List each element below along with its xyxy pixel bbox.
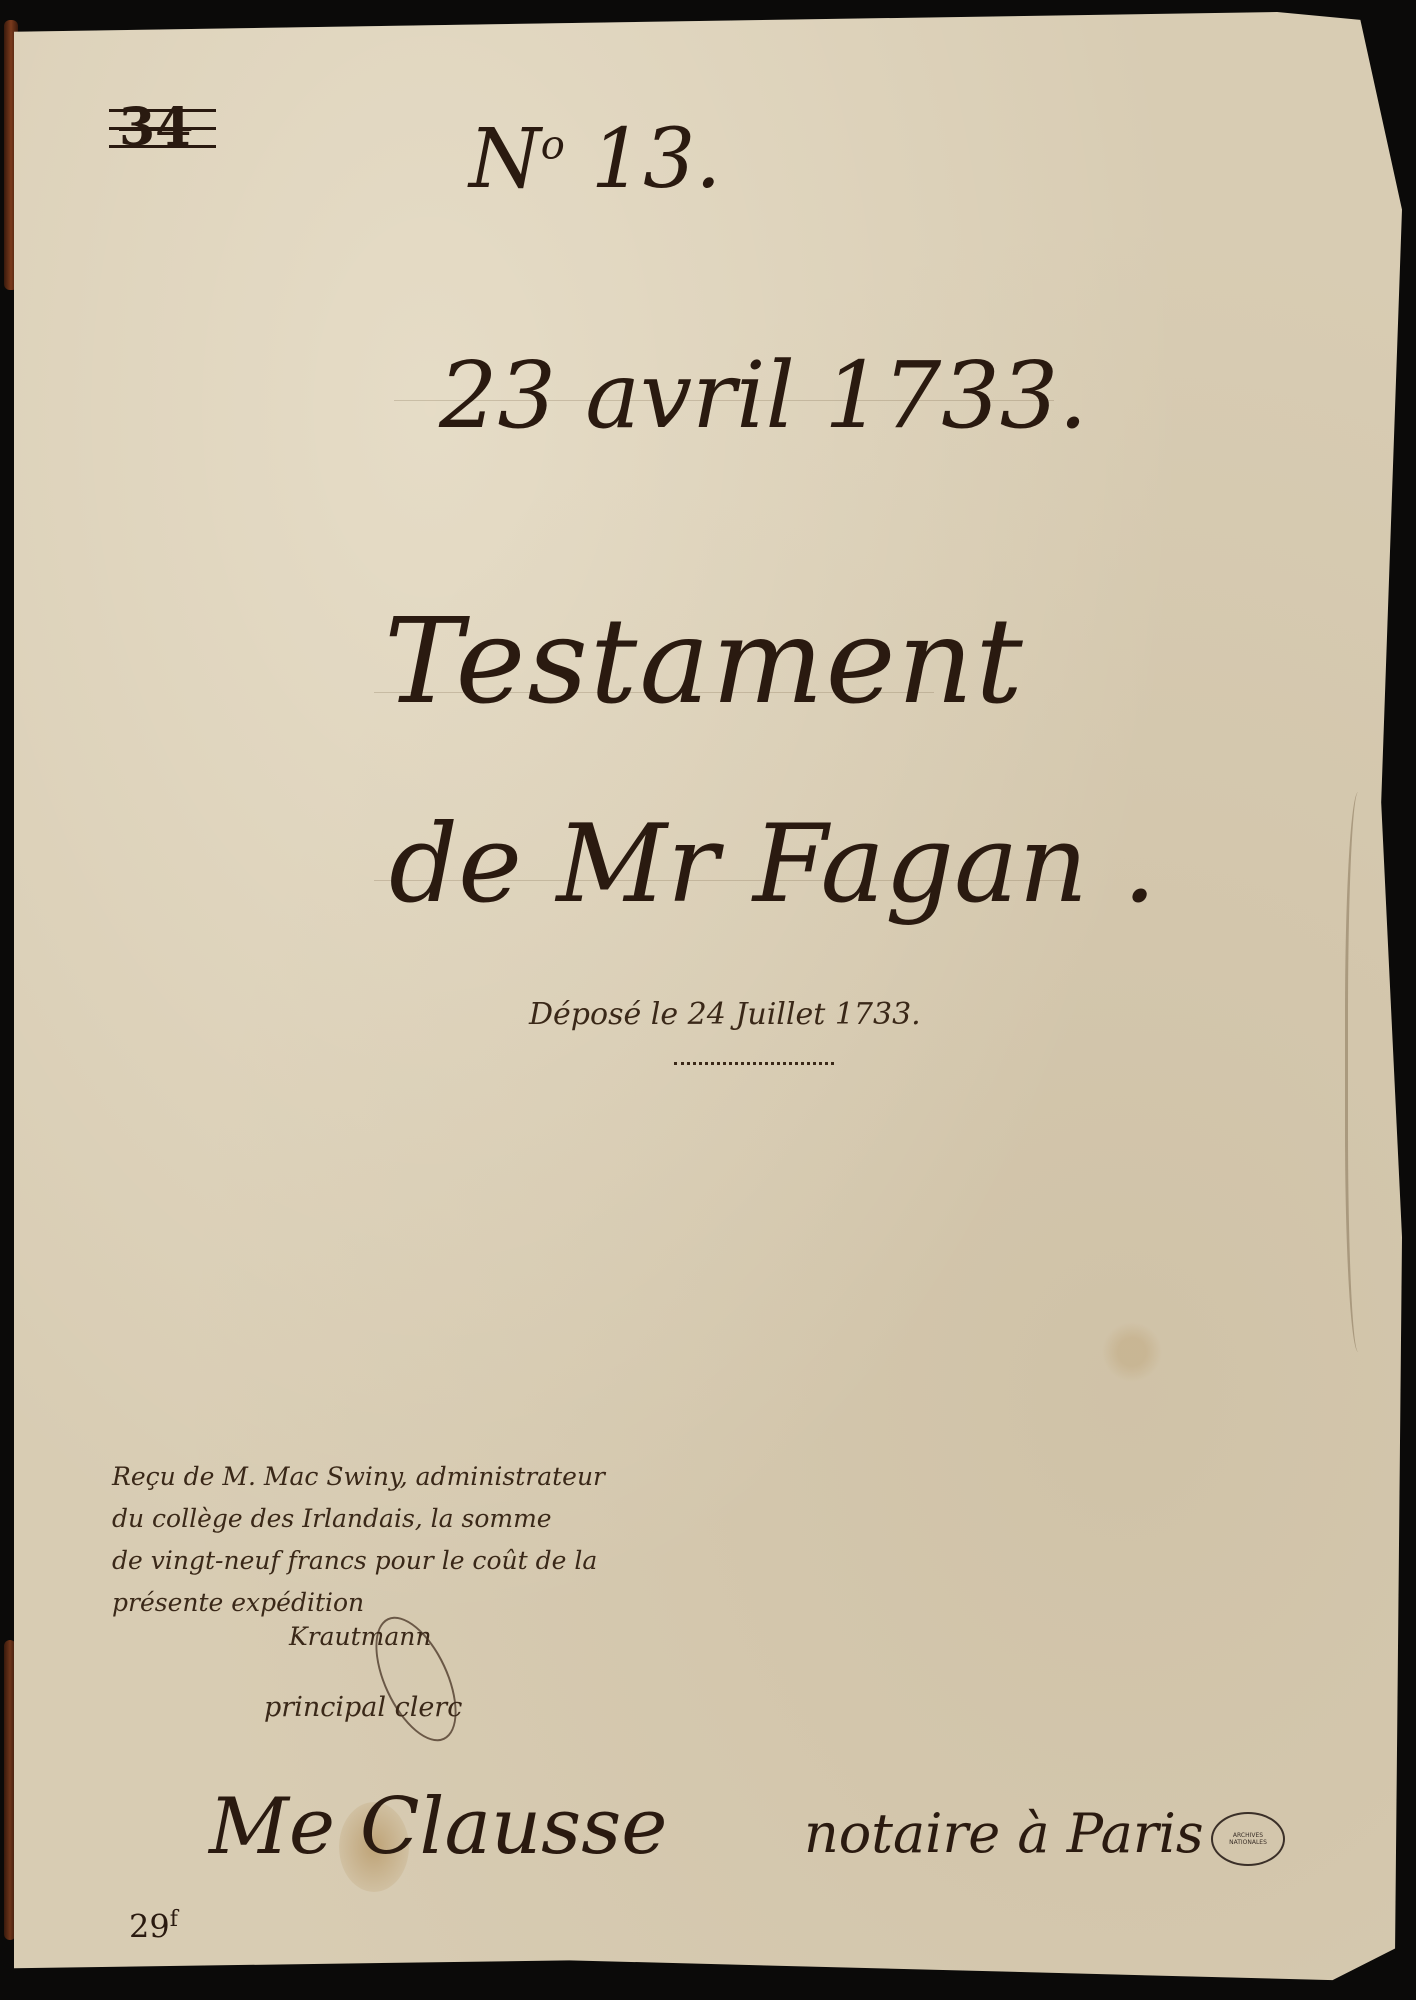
notary-role: notaire à Paris — [804, 1802, 1204, 1865]
file-number-suffix: o — [541, 123, 565, 169]
document-date: 23 avril 1733. — [439, 342, 1088, 449]
stamp-line: ARCHIVES — [1233, 1832, 1263, 1839]
receipt-line: Reçu de M. Mac Swiny, administrateur — [112, 1462, 605, 1491]
receipt-line: de vingt-neuf francs pour le coût de la — [112, 1546, 597, 1575]
notary-name: Me Clausse — [209, 1782, 667, 1872]
receipt-line: du collège des Irlandais, la somme — [112, 1504, 552, 1533]
stamp-line: NATIONALES — [1229, 1839, 1267, 1846]
folded-edge — [1345, 792, 1378, 1352]
file-number: No 13. — [469, 112, 721, 207]
folio-superscript: f — [170, 1907, 178, 1932]
archive-stamp: ARCHIVES NATIONALES — [1211, 1812, 1285, 1866]
decorative-flourish — [674, 1052, 834, 1065]
file-number-prefix: N — [469, 112, 541, 207]
clerk-title: principal clerc — [264, 1692, 462, 1723]
folio-mark: 29f — [129, 1907, 178, 1946]
crossed-out-number: 34 — [119, 97, 191, 158]
receipt-line: présente expédition — [112, 1588, 364, 1617]
folio-number: 29 — [129, 1908, 170, 1946]
file-number-value: 13. — [591, 112, 721, 207]
manuscript-page: 34 No 13. 23 avril 1733. Testament de Mr… — [14, 12, 1402, 1988]
document-subtitle: de Mr Fagan . — [389, 802, 1157, 927]
deposit-note: Déposé le 24 Juillet 1733. — [529, 997, 921, 1032]
document-title: Testament — [384, 592, 1025, 730]
